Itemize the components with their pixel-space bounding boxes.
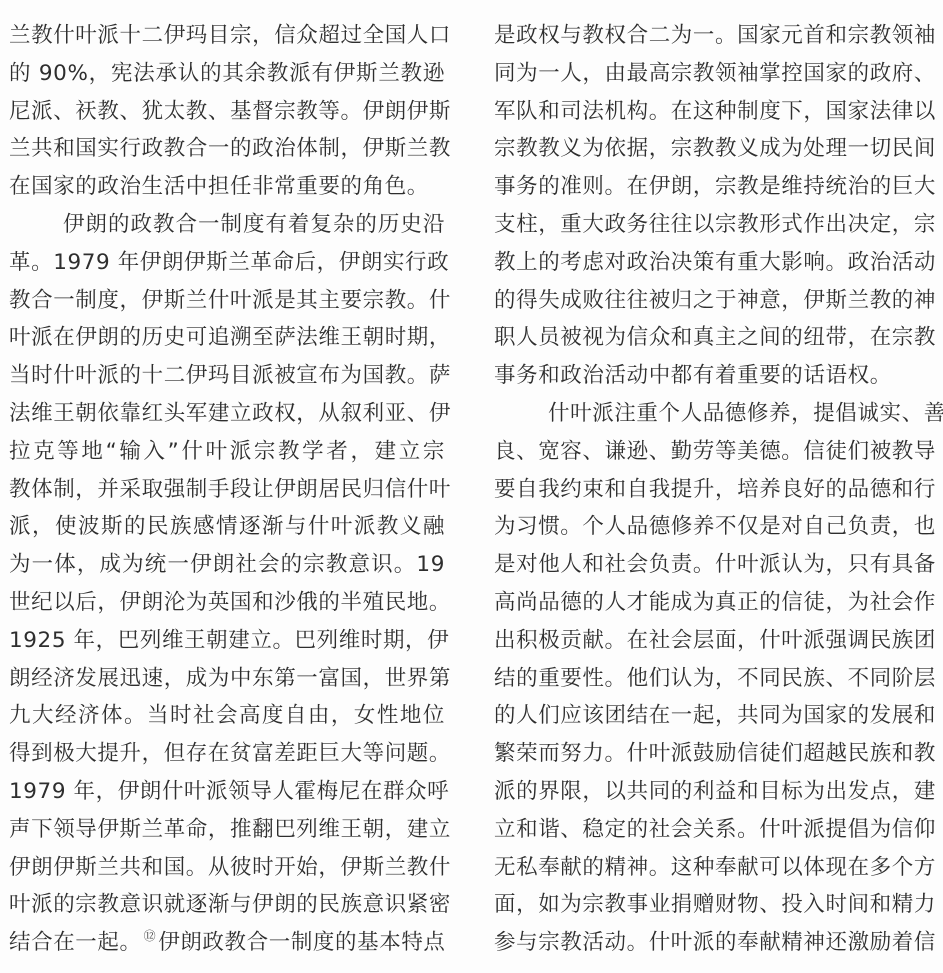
text-line: 1979 年，伊朗什叶派领导人霍梅尼在群众呼 bbox=[9, 773, 445, 811]
text-line: 声下领导伊斯兰革命，推翻巴列维王朝，建立 bbox=[9, 811, 445, 849]
text-line: 参与宗教活动。什叶派的奉献精神还激励着信 bbox=[494, 924, 930, 962]
text-line: 教体制，并采取强制手段让伊朗居民归信什叶 bbox=[9, 471, 445, 509]
text-line: 教合一制度，伊斯兰什叶派是其主要宗教。什 bbox=[9, 282, 445, 320]
text-line: 军队和司法机构。在这种制度下，国家法律以 bbox=[494, 93, 930, 131]
text-segment: 伊朗政教合一制度的基本特点 bbox=[158, 930, 445, 955]
text-line: 是对他人和社会负责。什叶派认为，只有具备 bbox=[494, 546, 930, 584]
text-line: 高尚品德的人才能成为真正的信徒，为社会作 bbox=[494, 584, 930, 622]
footnote-marker[interactable]: ⑫ bbox=[144, 929, 157, 943]
text-line: 是政权与教权合二为一。国家元首和宗教领袖 bbox=[494, 17, 930, 55]
text-line: 职人员被视为信众和真主之间的纽带，在宗教 bbox=[494, 319, 930, 357]
text-line: 伊朗伊斯兰共和国。从彼时开始，伊斯兰教什 bbox=[9, 849, 445, 887]
text-line: 得到极大提升，但存在贫富差距巨大等问题。 bbox=[9, 735, 445, 773]
paragraph-end-line: 事务和政治活动中都有着重要的话语权。 bbox=[494, 357, 930, 395]
text-line: 要自我约束和自我提升，培养良好的品德和行 bbox=[494, 471, 930, 509]
paragraph-start-line: 什叶派注重个人品德修养，提倡诚实、善 bbox=[494, 395, 930, 433]
paragraph-start-line: 伊朗的政教合一制度有着复杂的历史沿 bbox=[9, 206, 445, 244]
text-line: 宗教教义为依据，宗教教义成为处理一切民间 bbox=[494, 130, 930, 168]
text-line: 面，如为宗教事业捐赠财物、投入时间和精力 bbox=[494, 886, 930, 924]
text-line: 为习惯。个人品德修养不仅是对自己负责，也 bbox=[494, 508, 930, 546]
text-segment: 结合在一起。 bbox=[9, 930, 142, 955]
text-line: 叶派的宗教意识就逐渐与伊朗的民族意识紧密 bbox=[9, 886, 445, 924]
text-line: 的 90%，宪法承认的其余教派有伊斯兰教逊 bbox=[9, 55, 445, 93]
text-line: 当时什叶派的十二伊玛目派被宣布为国教。萨 bbox=[9, 357, 445, 395]
text-line: 教上的考虑对政治决策有重大影响。政治活动 bbox=[494, 244, 930, 282]
text-line: 尼派、祆教、犹太教、基督宗教等。伊朗伊斯 bbox=[9, 93, 445, 131]
text-line: 叶派在伊朗的历史可追溯至萨法维王朝时期， bbox=[9, 319, 445, 357]
text-line: 法维王朝依靠红头军建立政权，从叙利亚、伊 bbox=[9, 395, 445, 433]
text-line: 朗经济发展迅速，成为中东第一富国，世界第 bbox=[9, 660, 445, 698]
right-text-column: 是政权与教权合二为一。国家元首和宗教领袖 同为一人，由最高宗教领袖掌控国家的政府… bbox=[494, 17, 930, 962]
paragraph-end-line: 在国家的政治生活中担任非常重要的角色。 bbox=[9, 168, 445, 206]
text-line: 结的重要性。他们认为，不同民族、不同阶层 bbox=[494, 660, 930, 698]
text-line: 兰教什叶派十二伊玛目宗，信众超过全国人口 bbox=[9, 17, 445, 55]
text-line: 支柱，重大政务往往以宗教形式作出决定，宗 bbox=[494, 206, 930, 244]
text-line: 九大经济体。当时社会高度自由，女性地位 bbox=[9, 697, 445, 735]
text-line: 派的界限，以共同的利益和目标为出发点，建 bbox=[494, 773, 930, 811]
text-line: 无私奉献的精神。这种奉献可以体现在多个方 bbox=[494, 849, 930, 887]
left-text-column: 兰教什叶派十二伊玛目宗，信众超过全国人口 的 90%，宪法承认的其余教派有伊斯兰… bbox=[9, 17, 445, 962]
text-line: 的得失成败往往被归之于神意，伊斯兰教的神 bbox=[494, 282, 930, 320]
text-line: 良、宽容、谦逊、勤劳等美德。信徒们被教导 bbox=[494, 433, 930, 471]
text-line: 的人们应该团结在一起，共同为国家的发展和 bbox=[494, 697, 930, 735]
text-line: 拉克等地“输入”什叶派宗教学者，建立宗 bbox=[9, 433, 445, 471]
text-line: 1925 年，巴列维王朝建立。巴列维时期，伊 bbox=[9, 622, 445, 660]
text-line: 革。1979 年伊朗伊斯兰革命后，伊朗实行政 bbox=[9, 244, 445, 282]
text-line: 为一体，成为统一伊朗社会的宗教意识。19 bbox=[9, 546, 445, 584]
text-line: 派，使波斯的民族感情逐渐与什叶派教义融 bbox=[9, 508, 445, 546]
text-line: 立和谐、稳定的社会关系。什叶派提倡为信仰 bbox=[494, 811, 930, 849]
text-line: 出积极贡献。在社会层面，什叶派强调民族团 bbox=[494, 622, 930, 660]
text-line: 事务的准则。在伊朗，宗教是维持统治的巨大 bbox=[494, 168, 930, 206]
text-line: 世纪以后，伊朗沦为英国和沙俄的半殖民地。 bbox=[9, 584, 445, 622]
text-line: 繁荣而努力。什叶派鼓励信徒们超越民族和教 bbox=[494, 735, 930, 773]
text-line: 兰共和国实行政教合一的政治体制，伊斯兰教 bbox=[9, 130, 445, 168]
text-line: 同为一人，由最高宗教领袖掌控国家的政府、 bbox=[494, 55, 930, 93]
document-page: 兰教什叶派十二伊玛目宗，信众超过全国人口 的 90%，宪法承认的其余教派有伊斯兰… bbox=[0, 0, 943, 973]
text-line-with-footnote: 结合在一起。⑫伊朗政教合一制度的基本特点 bbox=[9, 924, 445, 962]
